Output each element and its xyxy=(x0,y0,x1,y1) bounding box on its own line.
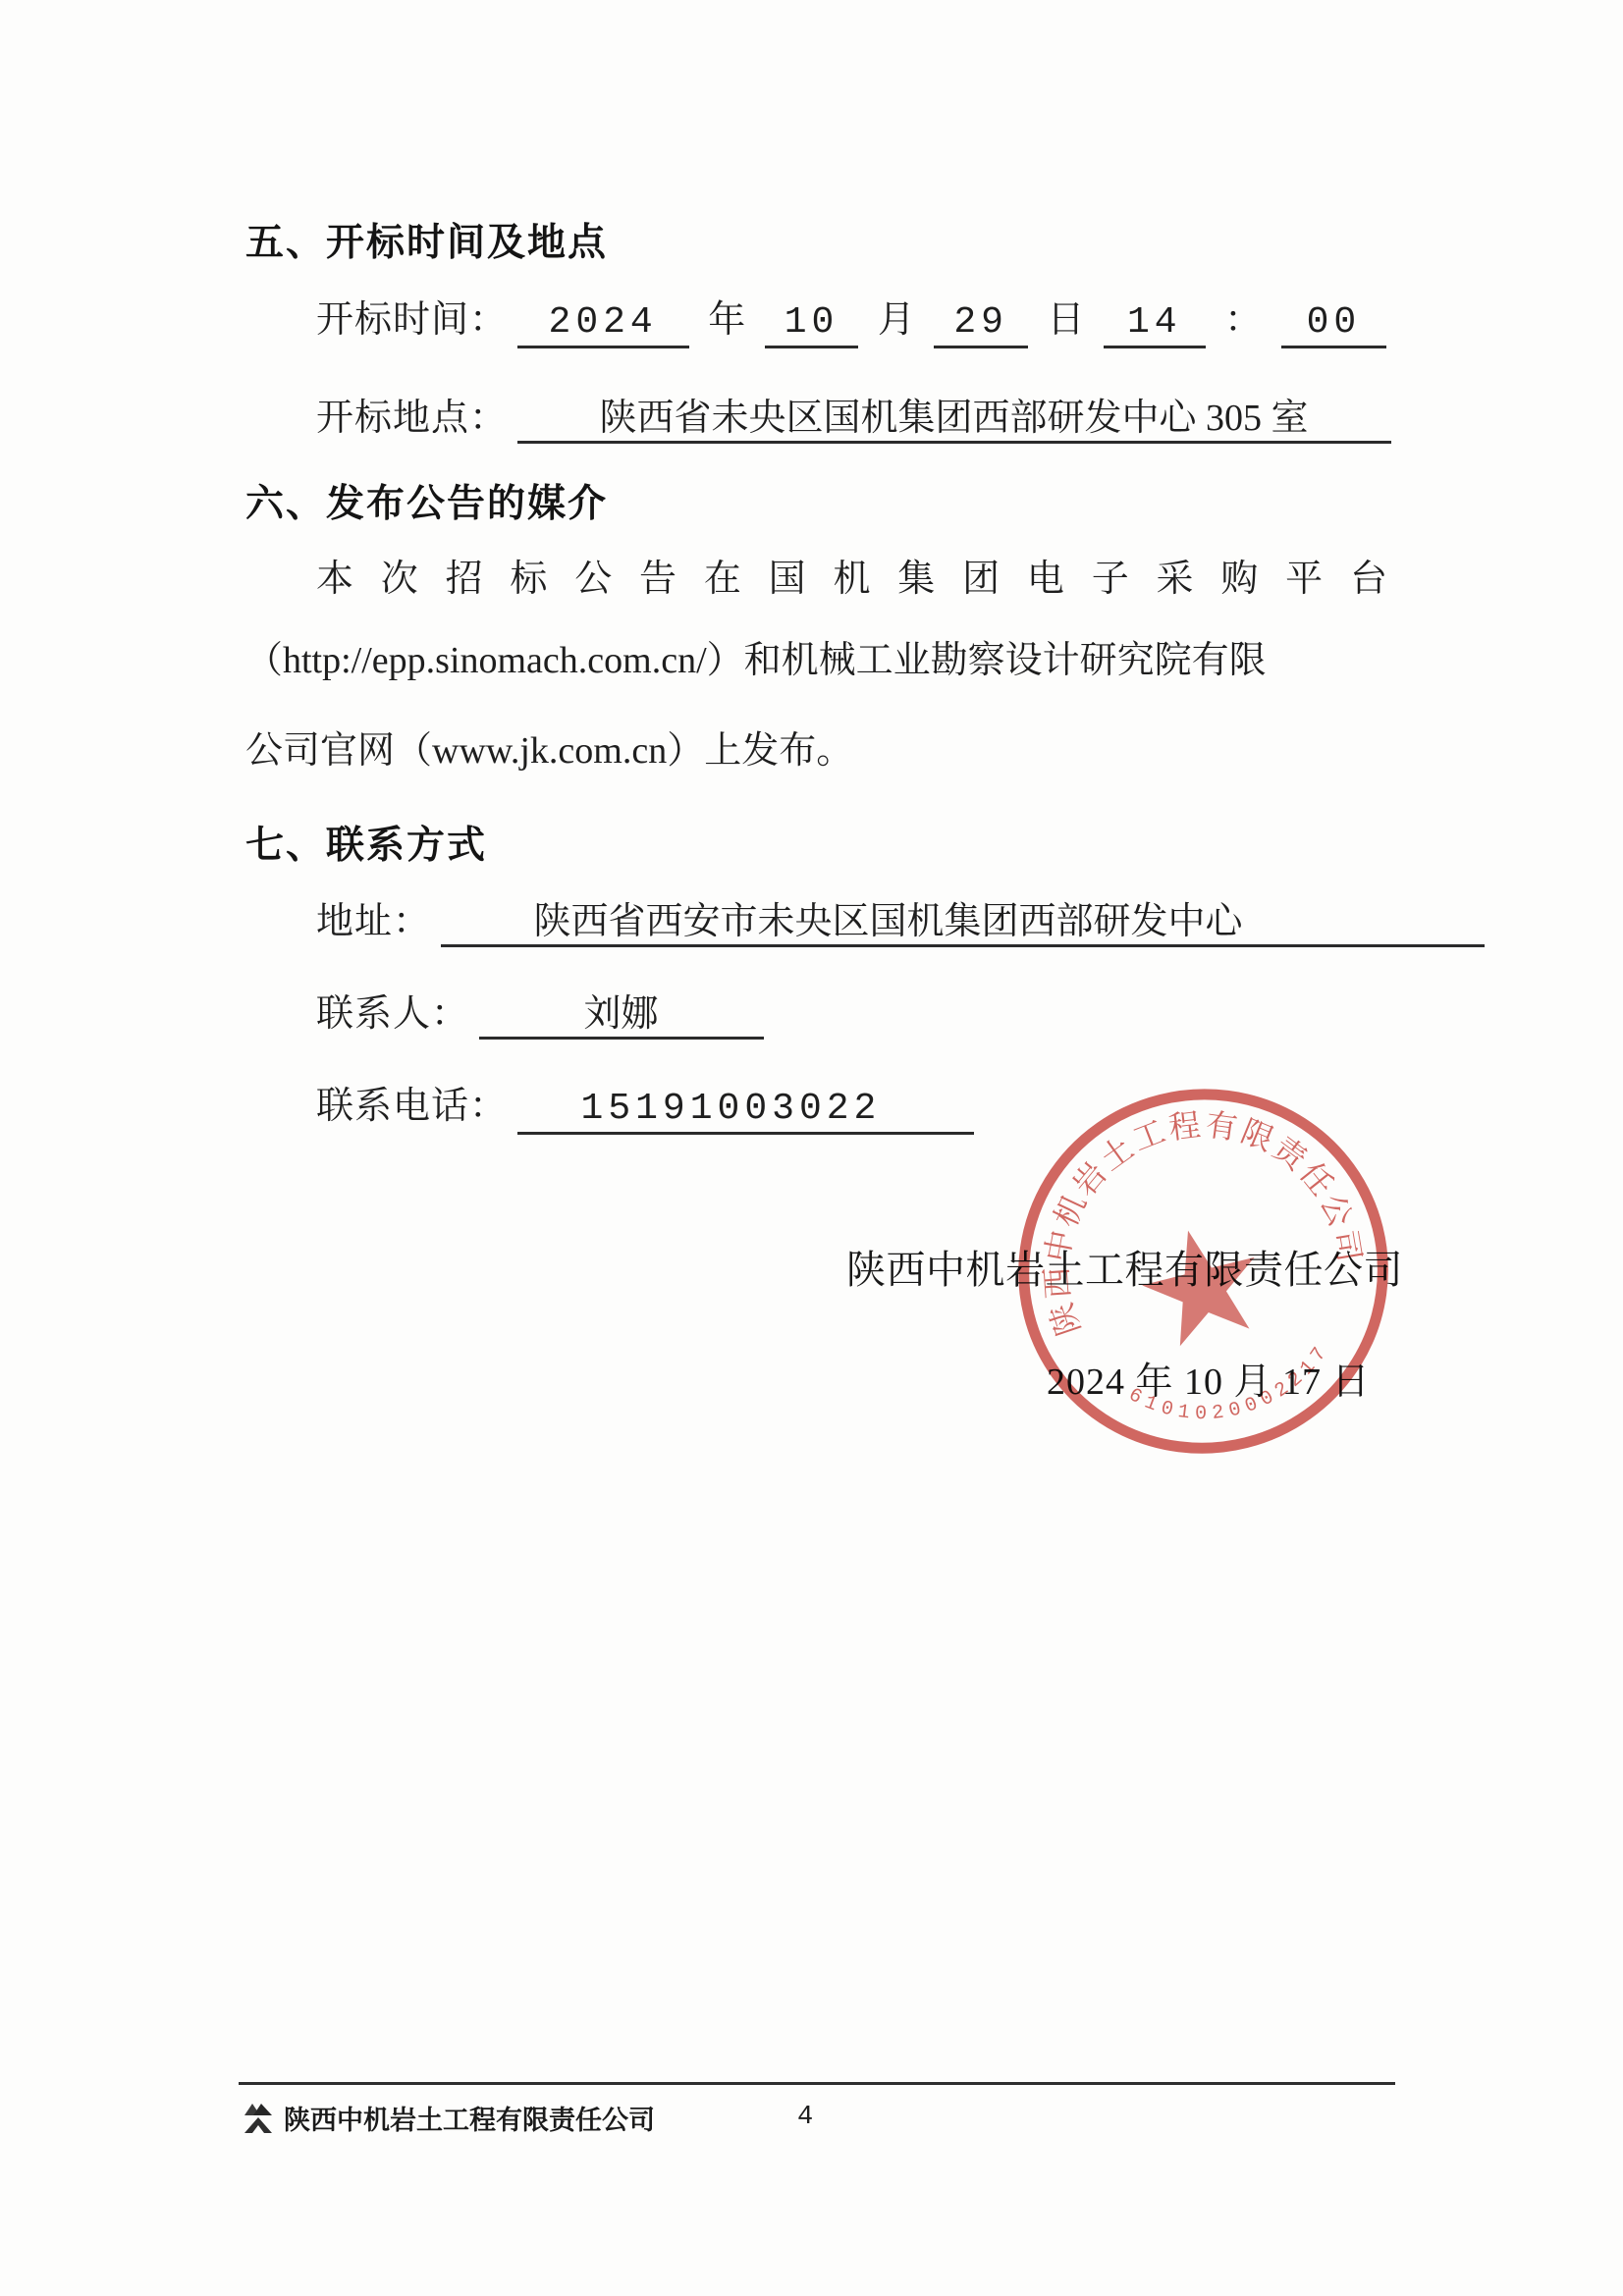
contact-person-value: 刘娜 xyxy=(479,991,764,1040)
bid-time-minute: 00 xyxy=(1281,300,1387,348)
footer: 陕西中机岩土工程有限责任公司 xyxy=(243,2099,655,2137)
bid-time-day-unit: 日 xyxy=(1047,299,1084,341)
company-seal-stamp: 陕西中机岩土工程有限责任公司 6101020002217 xyxy=(972,1042,1435,1505)
bid-time-year: 2024 xyxy=(517,300,689,348)
section-heading-bid-opening: 五、开标时间及地点 xyxy=(245,212,608,267)
bid-place-label: 开标地点： xyxy=(316,398,508,439)
bid-time-year-unit: 年 xyxy=(708,299,745,341)
contact-person-line: 联系人： 刘娜 xyxy=(316,991,764,1040)
section-heading-contact: 七、联系方式 xyxy=(245,815,487,870)
address-label: 地址： xyxy=(316,901,431,942)
section-heading-media: 六、发布公告的媒介 xyxy=(245,473,608,528)
bid-place-value: 陕西省未央区国机集团西部研发中心 305 室 xyxy=(517,396,1391,444)
bid-time-month: 10 xyxy=(765,300,859,348)
bid-time-line: 开标时间： 2024 年 10 月 29 日 14 ： 00 xyxy=(316,297,1386,348)
seal-serial-number: 6101020002217 xyxy=(1120,1335,1345,1447)
document-page: 五、开标时间及地点 开标时间： 2024 年 10 月 29 日 14 ： 00… xyxy=(0,0,1623,2296)
svg-text:6101020002217: 6101020002217 xyxy=(1120,1335,1345,1447)
media-paragraph-line1: 本次招标公告在国机集团电子采购平台 xyxy=(316,548,1387,602)
bid-time-day: 29 xyxy=(934,300,1028,348)
seal-star-icon xyxy=(1132,1216,1271,1351)
mountain-logo-icon xyxy=(243,2101,274,2136)
contact-phone-line: 联系电话： 15191003022 xyxy=(316,1084,974,1135)
contact-phone-value: 15191003022 xyxy=(517,1087,974,1135)
contact-phone-label: 联系电话： xyxy=(316,1086,508,1127)
page-number: 4 xyxy=(797,2103,813,2132)
address-line: 地址： 陕西省西安市未央区国机集团西部研发中心 xyxy=(316,899,1485,947)
bid-time-month-unit: 月 xyxy=(878,299,915,341)
bid-time-hour: 14 xyxy=(1104,300,1206,348)
footer-divider xyxy=(239,2082,1395,2085)
media-paragraph-line2: （http://epp.sinomach.com.cn/）和机械工业勘察设计研究… xyxy=(245,638,1267,683)
bid-time-label: 开标时间： xyxy=(316,299,508,341)
media-paragraph-line3: 公司官网（www.jk.com.cn）上发布。 xyxy=(245,728,853,774)
seal-graphic: 陕西中机岩土工程有限责任公司 6101020002217 xyxy=(972,1042,1435,1505)
bid-place-line: 开标地点： 陕西省未央区国机集团西部研发中心 305 室 xyxy=(316,396,1391,444)
address-value: 陕西省西安市未央区国机集团西部研发中心 xyxy=(441,899,1485,947)
footer-company-name: 陕西中机岩土工程有限责任公司 xyxy=(284,2099,655,2137)
contact-person-label: 联系人： xyxy=(316,993,469,1035)
bid-time-colon: ： xyxy=(1224,299,1262,341)
